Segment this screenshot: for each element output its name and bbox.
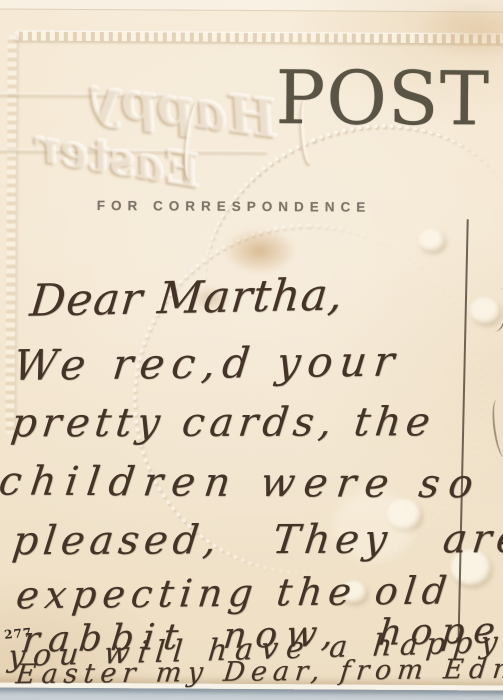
message-line-6: expecting the old [16,568,452,617]
message-line-3: pretty cards, the [11,399,434,446]
message-line-9: Easter my Dear, from Edna, [16,653,503,690]
message-line-5: pleased, They are [13,516,503,564]
stain [222,228,296,274]
post-card-heading: POST C [275,58,503,141]
message-line-1: Dear Martha, [30,269,344,326]
embossed-motif [419,229,445,251]
message-line-2: We rec,d your [14,337,402,390]
message-line-4: children were so [0,458,482,507]
pen-stroke [490,399,503,458]
postcard-back: Happy Easter POST C FOR CORRESPONDENCE 2… [0,0,503,691]
card-top-edge [0,0,503,13]
for-correspondence-label: FOR CORRESPONDENCE [97,198,372,215]
postcard-photo: Happy Easter POST C FOR CORRESPONDENCE 2… [0,0,503,700]
